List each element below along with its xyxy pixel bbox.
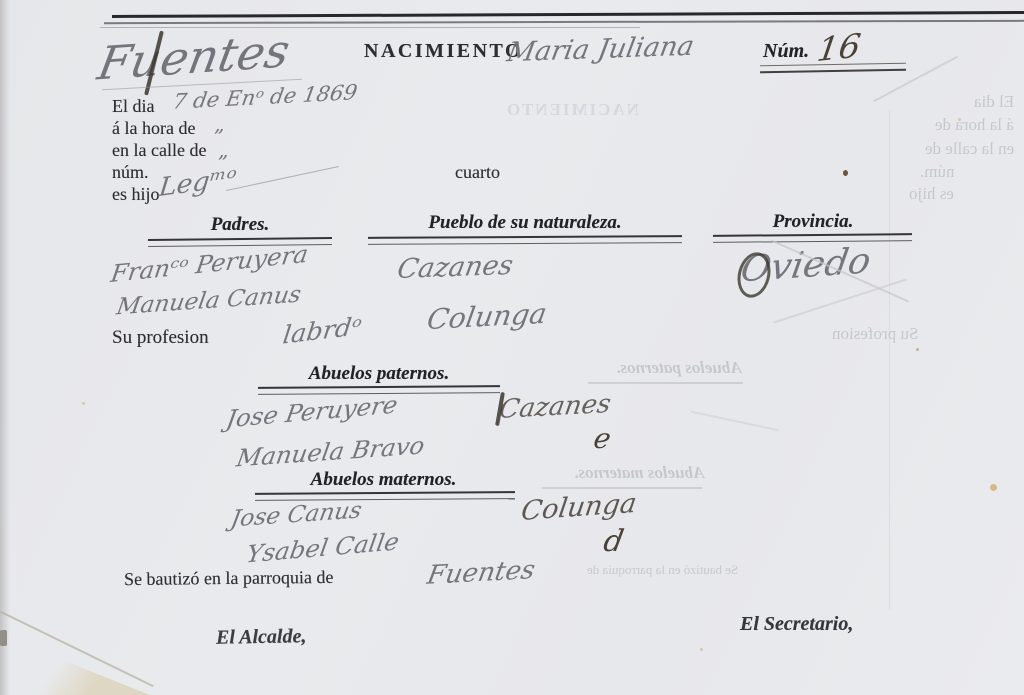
hora-value-ditto: „ (214, 112, 224, 136)
num-field-label: núm. (112, 162, 149, 183)
tan-speck-5 (82, 402, 85, 405)
tan-speck-2 (916, 348, 919, 351)
edge-notch (0, 630, 7, 646)
top-rule-thin (100, 27, 640, 28)
form-title: NACIMIENTO (364, 40, 523, 63)
bleed-calle: en la calle de (925, 139, 1014, 159)
secretario-label: El Secretario, (740, 613, 853, 636)
bautizo-label: Se bautizó en la parroquia de (124, 567, 334, 590)
bleed-es-hijo: es hijo (909, 184, 954, 204)
calle-label: en la calle de (112, 140, 206, 161)
abuelos-maternos-header: Abuelos maternos. (252, 469, 515, 491)
bleed-bautizo: Se bautizó en la parroquia de (587, 562, 738, 578)
page-left-edge (0, 0, 10, 695)
provincia-rule (713, 233, 912, 243)
provincia-header: Provincia. (713, 211, 913, 233)
bleed-title: NACIMIENTO (505, 100, 639, 120)
bleed-hora: á la hora de (935, 115, 1014, 135)
profesion-label: Su profesion (112, 327, 209, 349)
register-page: Fuentes NACIMIENTO NACIMIENTO Maria Juli… (0, 0, 1024, 695)
pueblo-maternos-ditto: d (601, 524, 626, 559)
bleed-paternos-rule (588, 382, 743, 384)
pueblo-abuelos-maternos-handwritten: Colunga (519, 488, 639, 527)
bautizo-parish-handwritten: Fuentes (425, 555, 538, 591)
bleed-abuelos-paternos: Abuelos paternos. (616, 358, 742, 378)
abuelo-materno-handwritten: Jose Canus (229, 498, 364, 533)
pueblo-madre-handwritten: Colunga (425, 297, 549, 336)
hora-label: á la hora de (112, 118, 195, 139)
bleed-el-dia: El dia (974, 92, 1014, 112)
num-underline (760, 63, 906, 74)
pueblo-padre-handwritten: Cazanes (395, 250, 516, 285)
abuelos-paternos-header: Abuelos paternos. (258, 363, 500, 385)
pen-flourish-legmo (226, 166, 339, 191)
el-dia-value-handwritten: 7 de Enᵒ de 1869 (171, 80, 359, 114)
madre-name-handwritten: Manuela Canus (115, 282, 303, 321)
fold-line (889, 110, 890, 610)
cuarto-label: cuarto (455, 162, 500, 183)
child-name-handwritten: Maria Juliana (505, 31, 697, 68)
top-rule-heavy (112, 11, 1024, 18)
padres-header: Padres. (150, 214, 330, 236)
bleed-su-profesion: Su profesion (832, 324, 918, 344)
tan-speck-1 (990, 484, 997, 491)
bleed-num: núm. (920, 162, 954, 182)
padre-name-handwritten: Franᶜᵒ Peruyera (109, 240, 310, 288)
pueblo-abuelos-paternos-handwritten: Cazanes (497, 389, 613, 425)
tan-speck-4 (958, 118, 961, 121)
tan-speck-3 (700, 648, 703, 651)
pueblo-header: Pueblo de su naturaleza. (370, 212, 680, 234)
ink-speck (843, 170, 848, 176)
top-rule-mid (104, 20, 1024, 24)
es-hijo-label: es hijo (112, 184, 160, 205)
bleed-flourish-4 (691, 411, 779, 431)
bleed-abuelos-maternos: Abuelos maternos. (574, 463, 704, 483)
el-dia-label: El dia (112, 96, 155, 117)
pueblo-paternos-ditto: e (591, 422, 613, 455)
profesion-value-handwritten: labrdᵒ (281, 311, 363, 349)
abuelo-paterno-handwritten: Jose Peruyere (224, 391, 399, 434)
abuela-materna-handwritten: Ysabel Calle (244, 528, 401, 569)
alcalde-label: El Alcalde, (216, 625, 307, 650)
corner-fold (0, 615, 150, 695)
es-hijo-value-handwritten: Legᵐᵒ (157, 163, 237, 203)
bleed-maternos-rule (542, 487, 702, 489)
num-label: Núm. (763, 40, 809, 63)
pueblo-rule (368, 235, 682, 245)
abuelos-maternos-rule (255, 491, 515, 501)
abuela-paterna-handwritten: Manuela Bravo (234, 432, 426, 473)
calle-value-ditto: „ (218, 138, 228, 162)
